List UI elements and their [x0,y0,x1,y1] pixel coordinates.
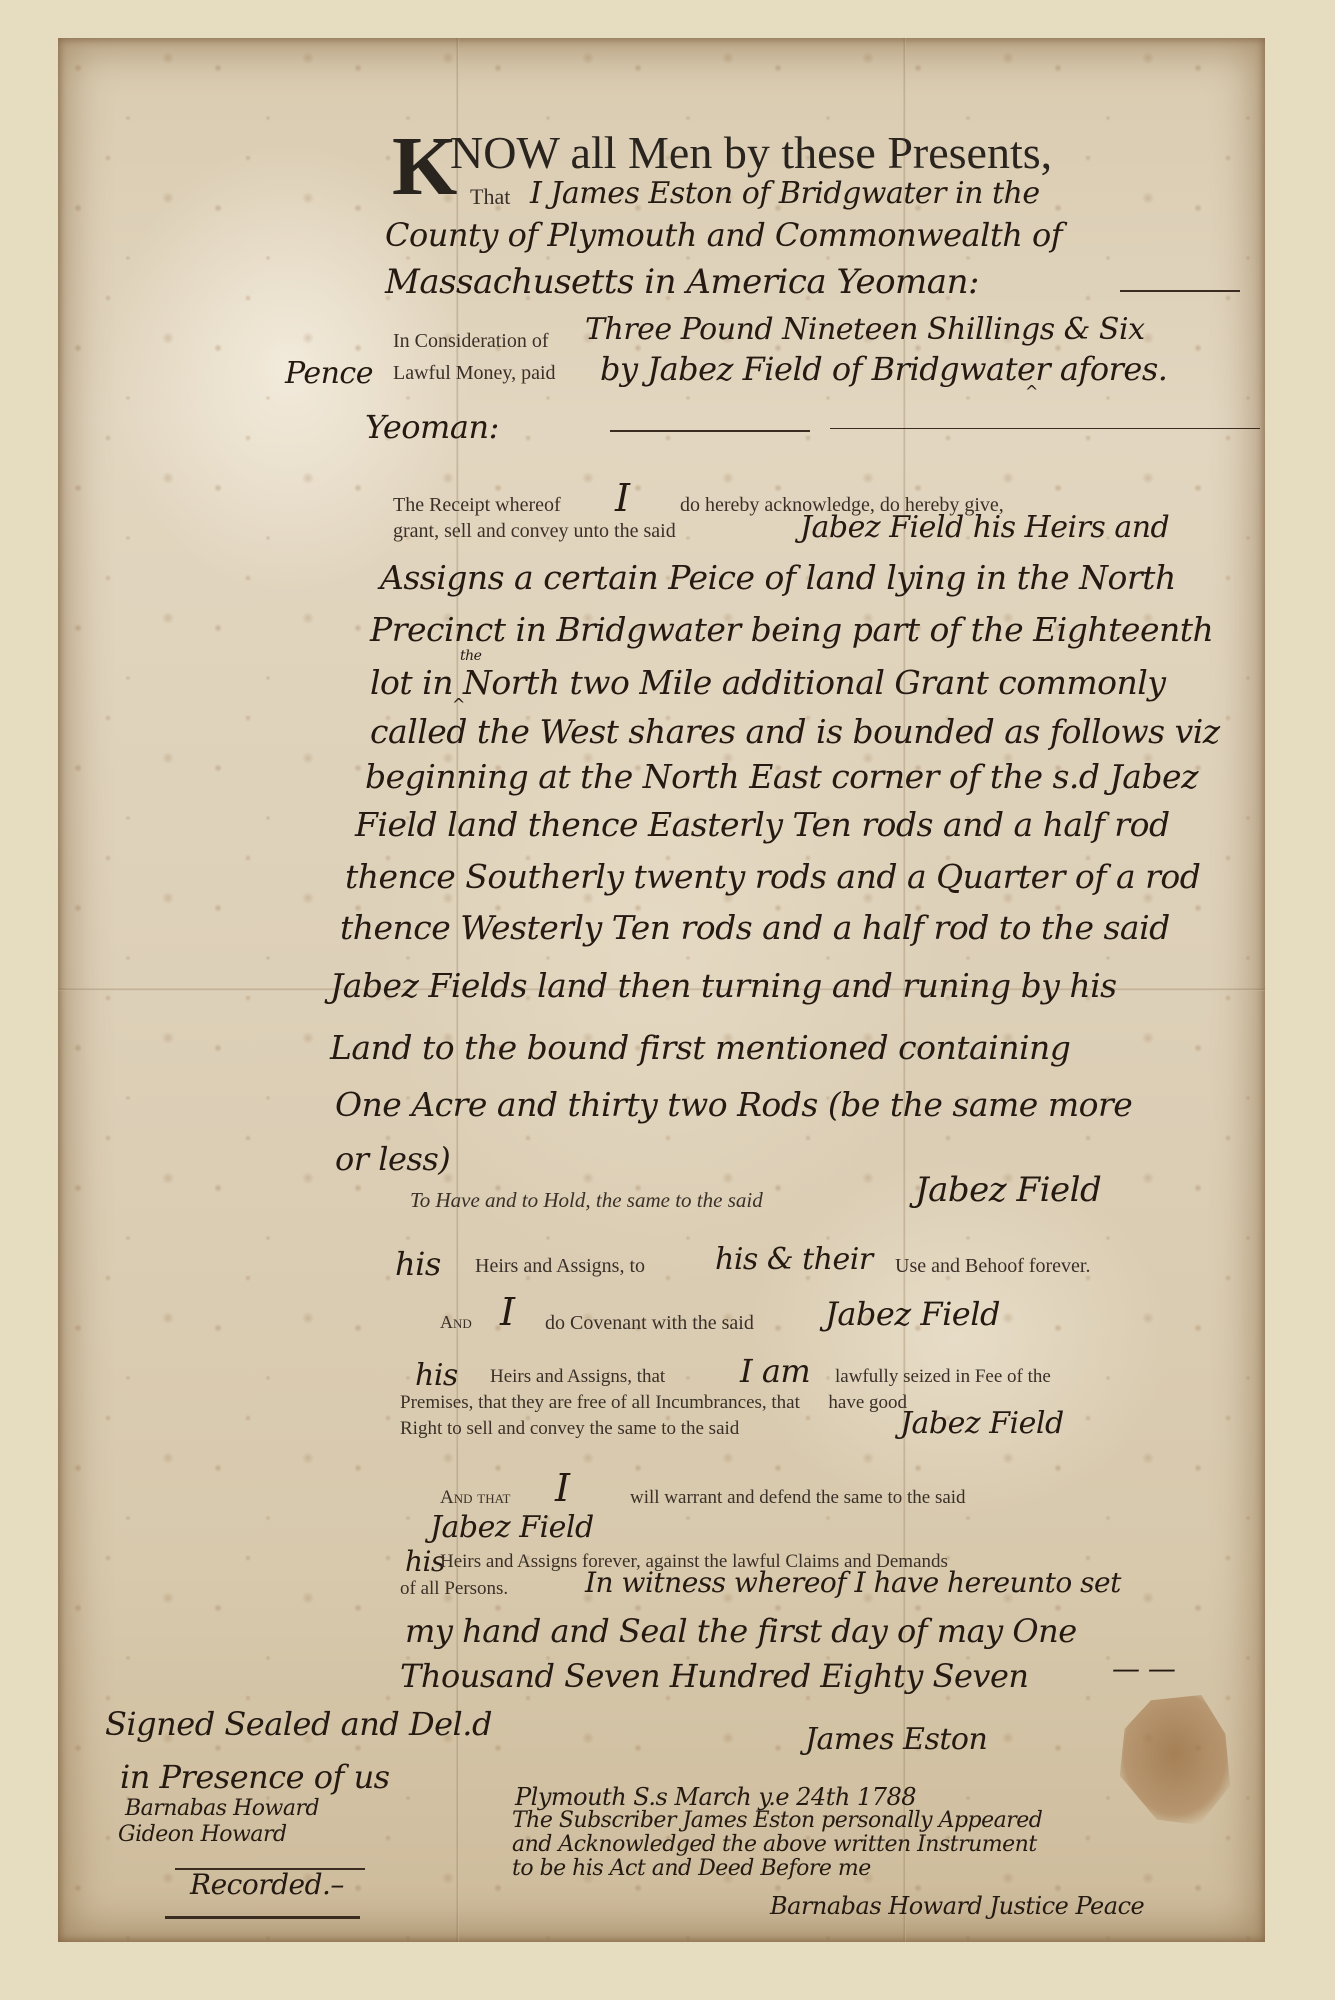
fill-line [610,430,810,432]
print-right-to-sell: Right to sell and convey the same to the… [400,1418,739,1440]
acknowledgment-line: The Subscriber James Eston personally Ap… [512,1808,1042,1833]
entry-his-and-their: his & their [715,1242,873,1277]
print-and: And [440,1312,472,1333]
insertion-the: the [460,648,481,664]
land-description-line: One Acre and thirty two Rods (be the sam… [335,1085,1132,1124]
land-description-line: Precinct in Bridgwater being part of the… [370,610,1213,649]
witness-signature: Barnabas Howard [125,1796,319,1821]
fill-line [830,428,1260,429]
insertion-caret: ^ [1025,382,1038,401]
grantor-signature: James Eston [805,1722,987,1757]
grantor-entry: I James Eston of Bridgwater in the [530,176,1040,211]
print-grant: grant, sell and convey unto the said [393,520,676,543]
payer-entry: by Jabez Field of Bridgwater afores. [600,350,1167,388]
print-heirs-that: Heirs and Assigns, that [490,1366,665,1388]
grantee-entry: Jabez Field [900,1406,1064,1441]
grantee-entry: Jabez Field [825,1295,1000,1333]
margin-pence: Pence [285,356,373,391]
print-covenant: do Covenant with the said [545,1312,754,1335]
payer-occupation: Yeoman: [365,408,499,446]
print-lawful-money: Lawful Money, paid [393,362,556,385]
entry-i: I [555,1466,570,1510]
print-consideration: In Consideration of [393,330,549,353]
acknowledgment-line: to be his Act and Deed Before me [512,1856,871,1881]
print-to-have-and-to-hold: To Have and to Hold, the same to the sai… [410,1188,763,1213]
document-heading: NOW all Men by these Presents, [450,126,1052,179]
entry-i-am: I am [740,1352,810,1390]
grantee-entry: Jabez Field his Heirs and [800,510,1169,545]
print-warrant-defend: will warrant and defend the same to the … [630,1487,966,1509]
print-heirs-assigns: Heirs and Assigns, to [475,1255,645,1278]
print-that: That [470,184,510,210]
print-lawfully-seized: lawfully seized in Fee of the [835,1366,1051,1388]
print-premises: Premises, that they are free of all Incu… [400,1392,907,1414]
acknowledgment-line: Plymouth S.s March y.e 24th 1788 [515,1783,916,1811]
print-receipt: The Receipt whereof [393,494,561,517]
print-use-behoof: Use and Behoof forever. [895,1255,1091,1278]
land-description-line: thence Southerly twenty rods and a Quart… [345,857,1200,896]
land-description-line: Field land thence Easterly Ten rods and … [355,805,1170,844]
land-description-line: Jabez Fields land then turning and runin… [330,966,1117,1005]
acknowledgment-line: and Acknowledged the above written Instr… [512,1832,1037,1857]
rule-below-recorded [165,1916,360,1919]
entry-his: his [415,1358,458,1393]
land-description-line: beginning at the North East corner of th… [365,757,1198,796]
land-description-line: Land to the bound first mentioned contai… [330,1028,1070,1067]
witness-header: in Presence of us [120,1758,390,1796]
fill-dash: — — [1112,1652,1175,1685]
consideration-amount: Three Pound Nineteen Shillings & Six [585,312,1145,347]
land-description-line: Assigns a certain Peice of land lying in… [380,558,1176,597]
land-description-line: thence Westerly Ten rods and a half rod … [340,908,1170,947]
state-entry: Massachusetts in America Yeoman: [385,262,979,302]
county-entry: County of Plymouth and Commonwealth of [385,216,1062,254]
entry-his: his [395,1245,441,1283]
witness-signature: Gideon Howard [118,1822,287,1847]
recorded-note: Recorded.– [190,1868,344,1901]
print-and-that: And that [440,1487,510,1509]
land-description-line: called the West shares and is bounded as… [370,712,1220,751]
fill-line [1120,290,1240,292]
justice-signature: Barnabas Howard Justice Peace [770,1892,1144,1920]
print-all-persons: of all Persons. [400,1578,508,1600]
entry-i: I [500,1290,515,1334]
entry-i: I [615,476,630,520]
testimonium-line: In witness whereof I have hereunto set [585,1566,1121,1599]
date-line: Thousand Seven Hundred Eighty Seven [400,1657,1029,1695]
testimonium-line: my hand and Seal the first day of may On… [405,1612,1077,1650]
grantee-entry: Jabez Field [915,1170,1101,1210]
land-description-line: or less) [335,1140,450,1178]
land-description-line: lot in North two Mile additional Grant c… [370,663,1165,702]
entry-his: his [405,1545,445,1578]
grantee-entry: Jabez Field [430,1510,594,1545]
heading-initial: K [392,118,457,215]
witness-header: Signed Sealed and Del.d [105,1705,492,1743]
